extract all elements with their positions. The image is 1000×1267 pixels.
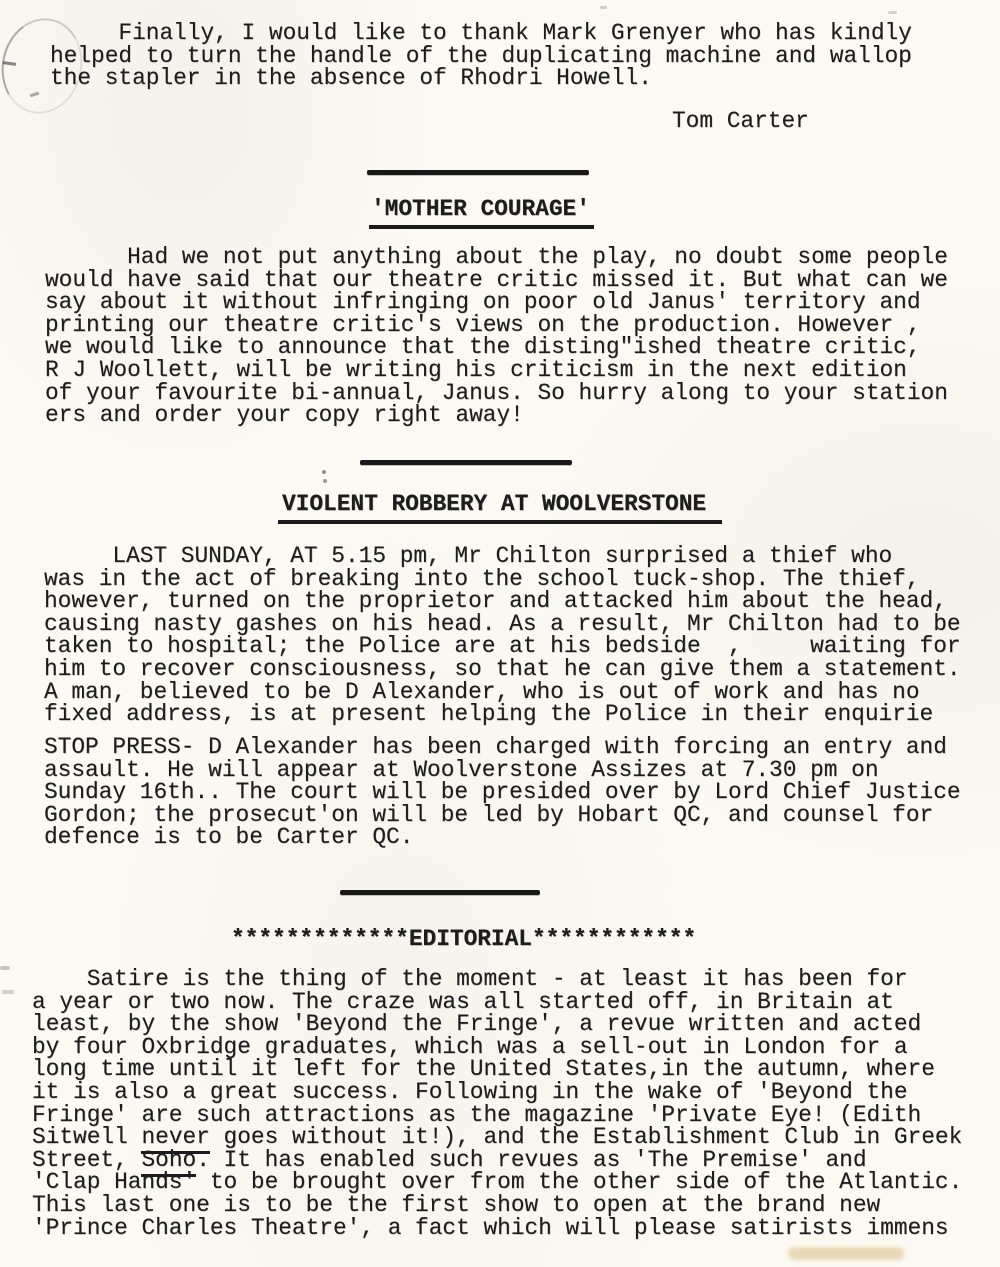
text-line: causing nasty gashes on his head. As a r… (44, 613, 961, 636)
edge-smudge (0, 966, 10, 970)
paper-speck (600, 6, 607, 9)
robbery-title: VIOLENT ROBBERY AT WOOLVERSTONE (278, 491, 722, 524)
section-divider (360, 460, 572, 465)
mother-courage-title: 'MOTHER COURAGE' (369, 196, 594, 229)
text-line: we would like to announce that the disti… (45, 336, 948, 359)
text-line: defence is to be Carter QC. (44, 826, 961, 849)
text-line: ers and order your copy right away! (45, 404, 948, 427)
text-line: A man, believed to be D Alexander, who i… (44, 681, 961, 704)
signature: Tom Carter (672, 108, 809, 134)
text-line: printing our theatre critic's views on t… (45, 314, 948, 337)
text-line: say about it without infringing on poor … (45, 291, 948, 314)
text-line: him to recover consciousness, so that he… (44, 658, 961, 681)
text-line: Had we not put anything about the play, … (45, 246, 948, 269)
text-line: was in the act of breaking into the scho… (44, 568, 961, 591)
text-line: the stapler in the absence of Rhodri How… (50, 67, 912, 90)
stop-press-paragraph: STOP PRESS- D Alexander has been charged… (44, 736, 961, 849)
ink-speck (322, 470, 326, 474)
text-line: Satire is the thing of the moment - at l… (32, 968, 962, 991)
text-line: STOP PRESS- D Alexander has been charged… (44, 736, 961, 759)
yellow-stain (788, 1247, 904, 1260)
text-line: it is also a great success. Following in… (32, 1081, 962, 1104)
text-line: helped to turn the handle of the duplica… (50, 45, 912, 68)
text-line: however, turned on the proprietor and at… (44, 590, 961, 613)
section-divider (340, 890, 540, 895)
editorial-paragraph: Satire is the thing of the moment - at l… (32, 968, 962, 1239)
text-line: This last one is to be the first show to… (32, 1194, 962, 1217)
text-line: 'Clap Hands' to be brought over from the… (32, 1171, 962, 1194)
text-line: taken to hospital; the Police are at his… (44, 635, 961, 658)
text-line: long time until it left for the United S… (32, 1058, 962, 1081)
text-line: Gordon; the prosecut'on will be led by H… (44, 804, 961, 827)
text-line: would have said that our theatre critic … (45, 269, 948, 292)
text-line: R J Woollett, will be writing his critic… (45, 359, 948, 382)
edge-smudge (2, 990, 14, 994)
paper-speck (888, 11, 897, 14)
mother-courage-paragraph: Had we not put anything about the play, … (45, 246, 948, 427)
text-line: Sitwell never goes without it!), and the… (32, 1126, 962, 1149)
text-line: a year or two now. The craze was all sta… (32, 991, 962, 1014)
text-line: LAST SUNDAY, AT 5.15 pm, Mr Chilton surp… (44, 545, 961, 568)
text-line: Finally, I would like to thank Mark Gren… (50, 22, 912, 45)
text-line: of your favourite bi-annual, Janus. So h… (45, 382, 948, 405)
text-line: by four Oxbridge graduates, which was a … (32, 1036, 962, 1059)
closing-paragraph: Finally, I would like to thank Mark Gren… (50, 22, 912, 90)
editorial-title: *************EDITORIAL************ (231, 926, 696, 952)
text-line: least, by the show 'Beyond the Fringe', … (32, 1013, 962, 1036)
text-line: assault. He will appear at Woolverstone … (44, 759, 961, 782)
text-line: Fringe' are such attractions as the maga… (32, 1104, 962, 1127)
text-line: Street, Soho. It has enabled such revues… (32, 1149, 962, 1172)
newsletter-page: Finally, I would like to thank Mark Gren… (0, 0, 1000, 1267)
robbery-paragraph: LAST SUNDAY, AT 5.15 pm, Mr Chilton surp… (44, 545, 961, 726)
section-divider (367, 170, 589, 175)
text-line: 'Prince Charles Theatre', a fact which w… (32, 1217, 962, 1240)
text-line: Sunday 16th.. The court will be presided… (44, 781, 961, 804)
text-line: fixed address, is at present helping the… (44, 703, 961, 726)
